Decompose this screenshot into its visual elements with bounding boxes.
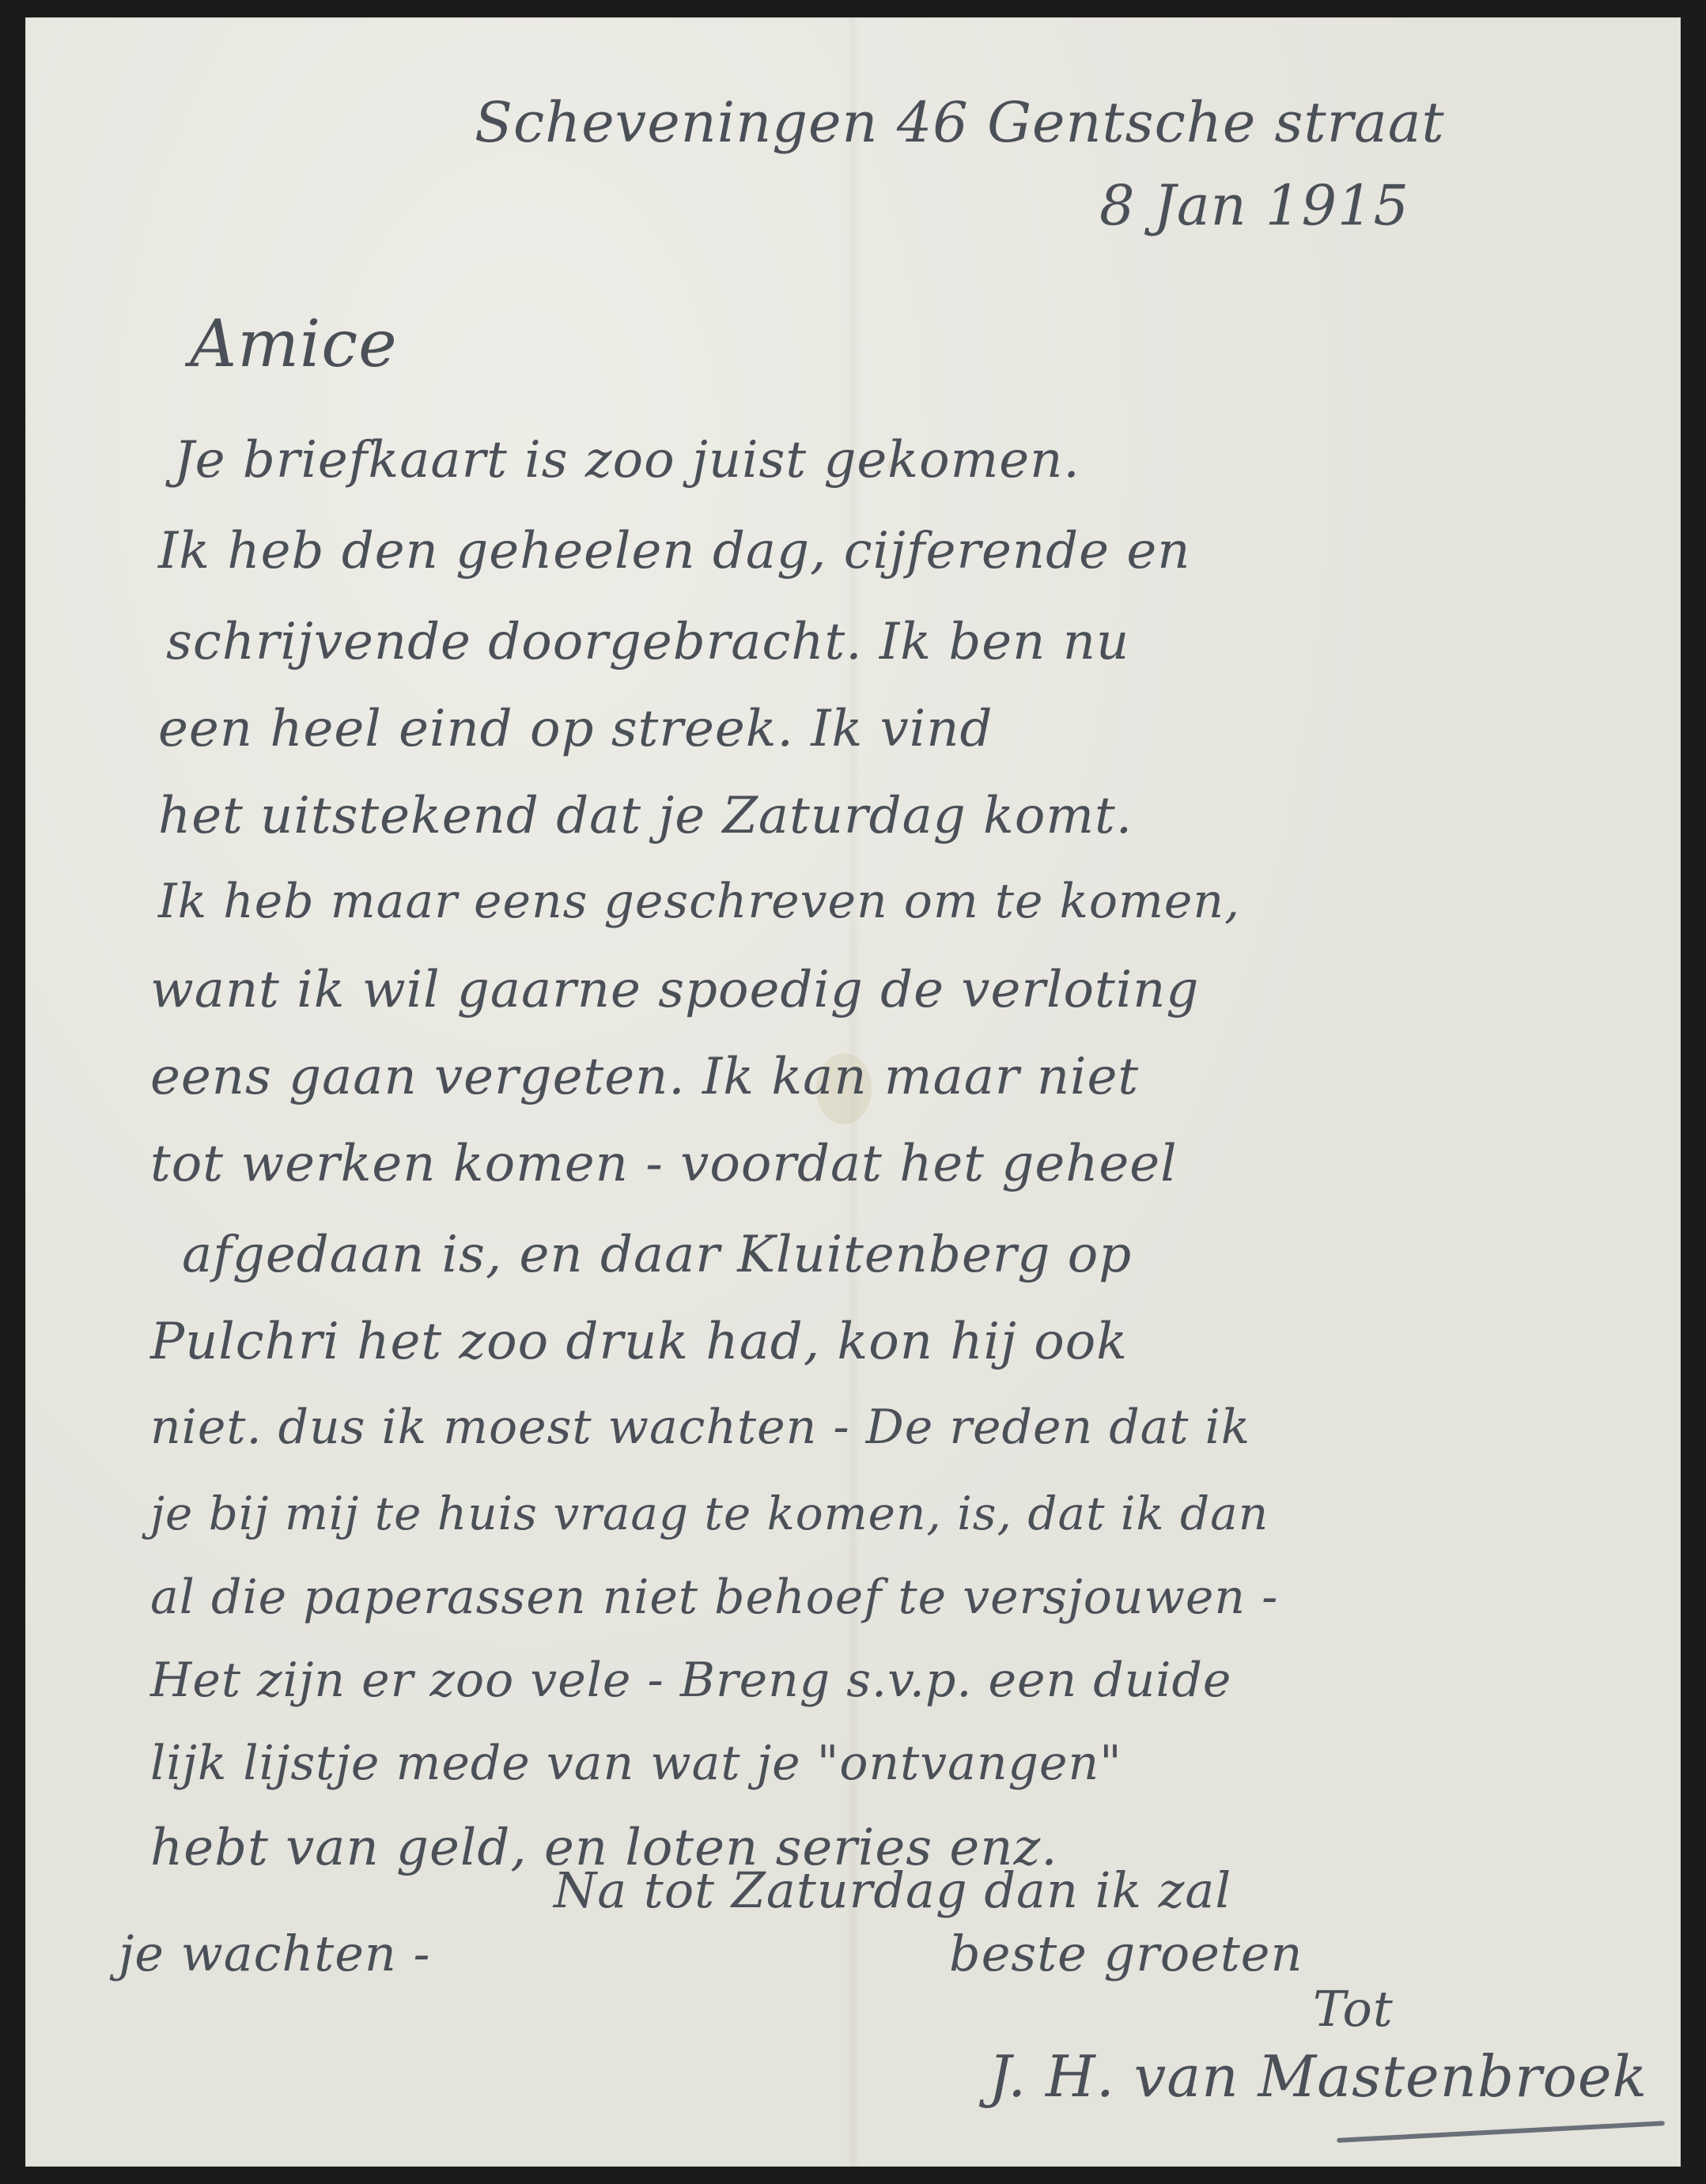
body-line: niet. dus ik moest wachten - De reden da… xyxy=(150,1404,1250,1451)
body-line: want ik wil gaarne spoedig de verloting xyxy=(150,965,1199,1015)
closing-line-continued: je wachten - xyxy=(119,1929,431,1978)
closing-tot: Tot xyxy=(1313,1985,1394,2034)
closing-greeting: beste groeten xyxy=(949,1929,1303,1978)
body-line: tot werken komen - voordat het geheel xyxy=(150,1139,1178,1189)
body-line: je bij mij te huis vraag te komen, is, d… xyxy=(150,1491,1269,1536)
body-line: al die paperassen niet behoef te versjou… xyxy=(150,1574,1278,1621)
closing-line: Na tot Zaturdag dan ik zal xyxy=(554,1866,1231,1915)
body-line: Je briefkaart is zoo juist gekomen. xyxy=(174,435,1080,486)
signature: J. H. van Mastenbroek xyxy=(989,2048,1647,2105)
body-line: Het zijn er zoo vele - Breng s.v.p. een … xyxy=(150,1657,1231,1704)
body-line: eens gaan vergeten. Ik kan maar niet xyxy=(150,1052,1139,1102)
body-line: schrijvende doorgebracht. Ik ben nu xyxy=(166,617,1129,667)
body-line: het uitstekend dat je Zaturdag komt. xyxy=(158,791,1133,841)
body-line: een heel eind op streek. Ik vind xyxy=(158,704,993,754)
body-line: afgedaan is, en daar Kluitenberg op xyxy=(182,1230,1132,1280)
letter-address: Scheveningen 46 Gentsche straat xyxy=(475,95,1445,150)
body-line: Ik heb maar eens geschreven om te komen, xyxy=(158,878,1240,925)
body-line: lijk lijstje mede van wat je "ontvangen" xyxy=(150,1740,1122,1787)
letter-date: 8 Jan 1915 xyxy=(1099,178,1409,233)
letter-salutation: Amice xyxy=(190,312,398,377)
body-line: Pulchri het zoo druk had, kon hij ook xyxy=(150,1317,1128,1367)
body-line: Ik heb den geheelen dag, cijferende en xyxy=(158,526,1190,576)
